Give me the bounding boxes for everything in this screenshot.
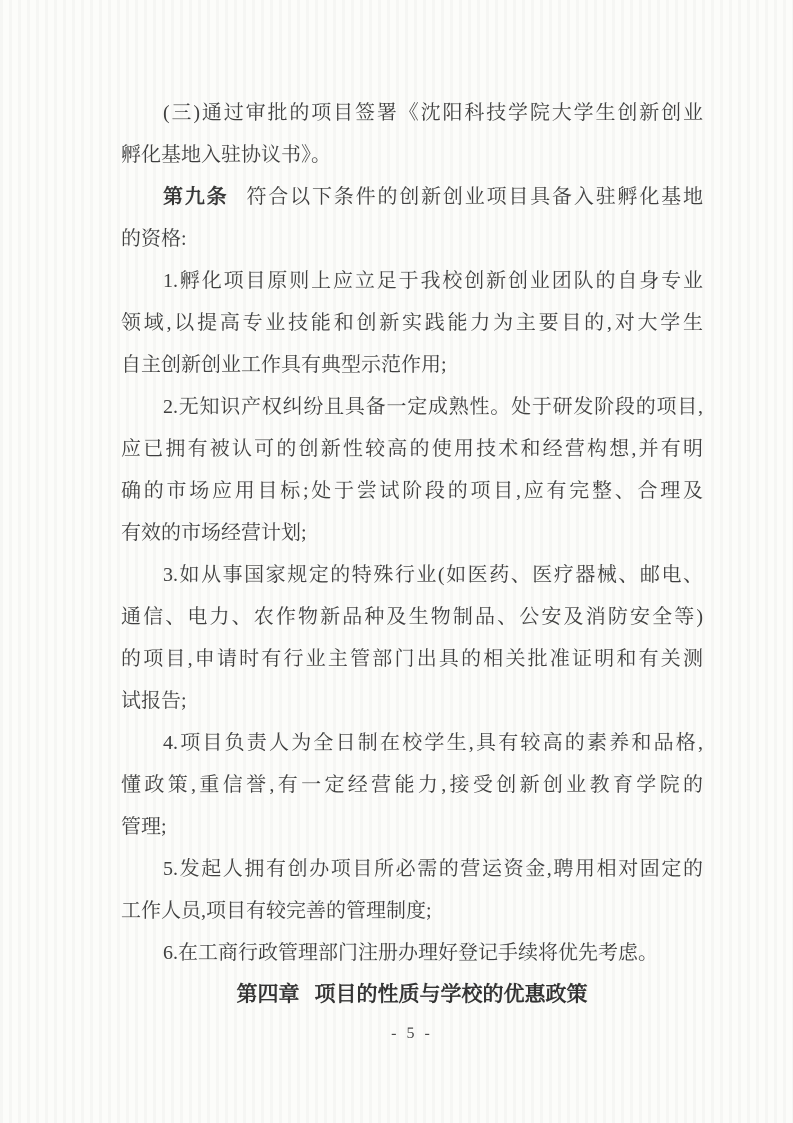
text-line: 4.项目负责人为全日制在校学生,具有较高的素养和品格, (121, 722, 703, 764)
text-line: 领域,以提高专业技能和创新实践能力为主要目的,对大学生 (121, 302, 703, 344)
text-line: 5.发起人拥有创办项目所必需的营运资金,聘用相对固定的 (121, 848, 703, 890)
paragraph-condition-6: 6.在工商行政管理部门注册办理好登记手续将优先考虑。 (121, 932, 703, 974)
document-page: (三)通过审批的项目签署《沈阳科技学院大学生创新创业 孵化基地入驻协议书》。 第… (0, 0, 793, 1123)
chapter-number: 第四章 (237, 983, 300, 1006)
text-line: 试报告; (121, 680, 703, 722)
text-line: 确的市场应用目标;处于尝试阶段的项目,应有完整、合理及 (121, 470, 703, 512)
paragraph-condition-1: 1.孵化项目原则上应立足于我校创新创业团队的自身专业 领域,以提高专业技能和创新… (121, 260, 703, 386)
document-body: (三)通过审批的项目签署《沈阳科技学院大学生创新创业 孵化基地入驻协议书》。 第… (121, 92, 703, 1016)
text-line: 有效的市场经营计划; (121, 512, 703, 554)
chapter-title: 项目的性质与学校的优惠政策 (315, 983, 588, 1006)
paragraph-item-3-sign-agreement: (三)通过审批的项目签署《沈阳科技学院大学生创新创业 孵化基地入驻协议书》。 (121, 92, 703, 176)
text-line: 3.如从事国家规定的特殊行业(如医药、医疗器械、邮电、 (121, 554, 703, 596)
text-line: 2.无知识产权纠纷且具备一定成熟性。处于研发阶段的项目, (121, 386, 703, 428)
text-line: 1.孵化项目原则上应立足于我校创新创业团队的自身专业 (121, 260, 703, 302)
article-lead-text: 符合以下条件的创新创业项目具备入驻孵化基地 (246, 186, 703, 208)
chapter-heading: 第四章项目的性质与学校的优惠政策 (121, 974, 703, 1016)
paragraph-condition-4: 4.项目负责人为全日制在校学生,具有较高的素养和品格, 懂政策,重信誉,有一定经… (121, 722, 703, 848)
text-line: 第九条符合以下条件的创新创业项目具备入驻孵化基地 (121, 176, 703, 218)
page-number: - 5 - (121, 1022, 703, 1046)
text-line: 通信、电力、农作物新品种及生物制品、公安及消防安全等) (121, 596, 703, 638)
text-line: 自主创新创业工作具有典型示范作用; (121, 344, 703, 386)
text-line: 懂政策,重信誉,有一定经营能力,接受创新创业教育学院的 (121, 764, 703, 806)
text-line: (三)通过审批的项目签署《沈阳科技学院大学生创新创业 (121, 92, 703, 134)
text-line: 的资格: (121, 218, 703, 260)
text-line: 孵化基地入驻协议书》。 (121, 134, 703, 176)
paragraph-article-9: 第九条符合以下条件的创新创业项目具备入驻孵化基地 的资格: (121, 176, 703, 260)
text-line: 6.在工商行政管理部门注册办理好登记手续将优先考虑。 (121, 932, 703, 974)
paragraph-condition-3: 3.如从事国家规定的特殊行业(如医药、医疗器械、邮电、 通信、电力、农作物新品种… (121, 554, 703, 722)
text-line: 的项目,申请时有行业主管部门出具的相关批准证明和有关测 (121, 638, 703, 680)
article-number-label: 第九条 (163, 186, 228, 208)
paragraph-condition-2: 2.无知识产权纠纷且具备一定成熟性。处于研发阶段的项目, 应已拥有被认可的创新性… (121, 386, 703, 554)
text-line: 应已拥有被认可的创新性较高的使用技术和经营构想,并有明 (121, 428, 703, 470)
text-line: 工作人员,项目有较完善的管理制度; (121, 890, 703, 932)
paragraph-condition-5: 5.发起人拥有创办项目所必需的营运资金,聘用相对固定的 工作人员,项目有较完善的… (121, 848, 703, 932)
text-line: 管理; (121, 806, 703, 848)
